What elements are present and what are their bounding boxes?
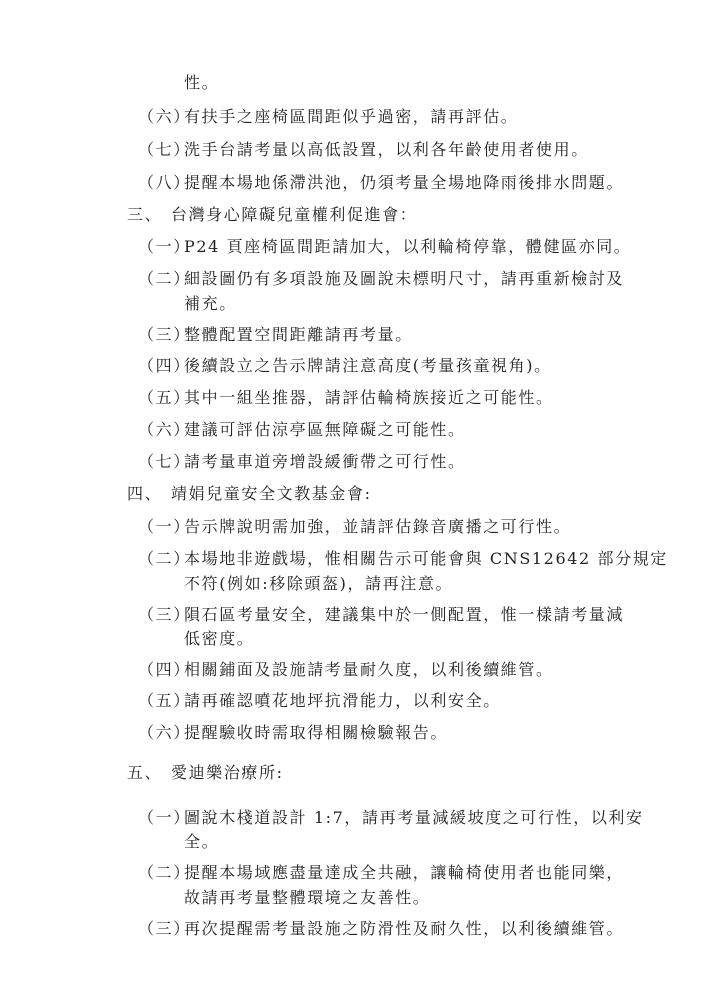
item-text: 再次提醒需考量設施之防滑性及耐久性，以利後續維管。 (184, 919, 624, 939)
item-text: P24 頁座椅區間距請加大，以利輪椅停靠，體健區亦同。 (184, 237, 631, 257)
item-text: 隕石區考量安全，建議集中於一側配置，惟一樣請考量減 (184, 605, 624, 625)
item-marker: （七） (138, 140, 191, 160)
item-marker: （五） (138, 691, 191, 711)
item-marker: （八） (138, 173, 191, 193)
item-marker: （七） (138, 452, 191, 472)
section-heading: 五、愛迪樂治療所: (127, 763, 284, 783)
item-text: 後續設立之告示牌請注意高度(考量孩童視角)。 (184, 356, 552, 376)
item-text: 提醒本場地係滯洪池，仍須考量全場地降雨後排水問題。 (184, 173, 624, 193)
section-number: 四、 (127, 484, 171, 504)
item-text-continued: 全。 (184, 832, 219, 852)
item-marker: （六） (138, 107, 191, 127)
item-text: 提醒驗收時需取得相關檢驗報告。 (184, 723, 448, 743)
item-text: 請考量車道旁增設緩衝帶之可行性。 (184, 452, 466, 472)
section-title: 愛迪樂治療所: (171, 763, 284, 782)
item-text: 提醒本場域應盡量達成全共融，讓輪椅使用者也能同樂， (184, 863, 624, 883)
section-heading: 三、台灣身心障礙兒童權利促進會： (127, 205, 417, 225)
item-text-continued: 不符(例如:移除頭盔)，請再注意。 (184, 574, 453, 594)
item-text: 相關鋪面及設施請考量耐久度，以利後續維管。 (184, 660, 554, 680)
item-text-continued: 故請再考量整體環境之友善性。 (184, 888, 430, 908)
item-text: 建議可評估涼亭區無障礙之可能性。 (184, 420, 466, 440)
item-marker: （六） (138, 723, 191, 743)
item-marker: （三） (138, 919, 191, 939)
item-marker: （二） (138, 863, 191, 883)
continuation-text: 性。 (184, 73, 219, 93)
item-text: 本場地非遊戲場，惟相關告示可能會與 CNS12642 部分規定 (184, 549, 668, 569)
item-text: 有扶手之座椅區間距似乎過密，請再評估。 (184, 107, 518, 127)
item-marker: （二） (138, 269, 191, 289)
section-number: 三、 (127, 205, 171, 225)
item-text: 告示牌說明需加強，並請評估錄音廣播之可行性。 (184, 517, 571, 537)
item-marker: （一） (138, 808, 191, 828)
item-marker: （三） (138, 325, 191, 345)
item-marker: （五） (138, 388, 191, 408)
item-marker: （四） (138, 660, 191, 680)
item-marker: （一） (138, 237, 191, 257)
item-text: 洗手台請考量以高低設置，以利各年齡使用者使用。 (184, 140, 589, 160)
section-number: 五、 (127, 763, 171, 783)
section-heading: 四、靖娟兒童安全文教基金會: (127, 484, 372, 504)
item-marker: （一） (138, 517, 191, 537)
item-marker: （二） (138, 549, 191, 569)
item-text: 細設圖仍有多項設施及圖說未標明尺寸，請再重新檢討及 (184, 269, 624, 289)
section-title: 台灣身心障礙兒童權利促進會： (171, 205, 417, 224)
item-text: 其中一組坐推器，請評估輪椅族接近之可能性。 (184, 388, 554, 408)
item-text: 請再確認噴花地坪抗滑能力，以利安全。 (184, 691, 501, 711)
item-text: 圖說木棧道設計 1:7，請再考量減緩坡度之可行性，以利安 (184, 808, 644, 828)
item-marker: （三） (138, 605, 191, 625)
item-text-continued: 低密度。 (184, 629, 254, 649)
item-text: 整體配置空間距離請再考量。 (184, 325, 413, 345)
item-text-continued: 補充。 (184, 294, 237, 314)
section-title: 靖娟兒童安全文教基金會: (171, 484, 372, 503)
item-marker: （四） (138, 356, 191, 376)
item-marker: （六） (138, 420, 191, 440)
